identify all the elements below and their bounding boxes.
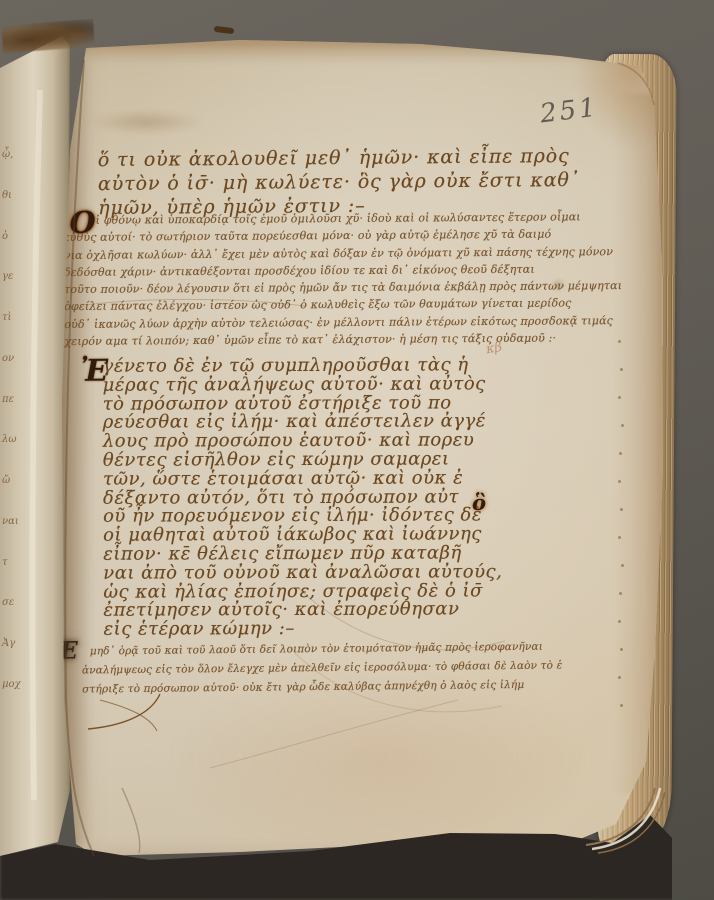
text-line: χειρόν αμα τί λοιπόν; καθ᾽ ὑμῶν εἶπε τὸ …: [64, 329, 622, 350]
pricking-hole: [619, 452, 622, 455]
pricking-hole: [620, 508, 623, 511]
text-fragment: ὁ: [2, 232, 22, 242]
stain: [90, 110, 202, 134]
text-fragment: τὶ: [2, 313, 22, 323]
text-line: εἰς ἑτέραν κώμην :–: [103, 619, 502, 639]
pricking-hole: [618, 340, 621, 343]
pricking-hole: [618, 676, 621, 679]
pricking-hole: [621, 564, 624, 567]
text-fragment: μοχ: [2, 680, 22, 690]
pricking-hole: [620, 704, 623, 707]
text-fragment: γε: [2, 272, 22, 282]
text-fragment: τ: [2, 558, 22, 568]
text-line: στήριξε τὸ πρόσωπον αὐτοῦ· οὐκ ἔτι γὰρ ὧ…: [82, 675, 563, 699]
commentary-block-2: Ἐ μηδ᾽ ὁρᾷ τοῦ καὶ τοῦ λαοῦ ὅτι δεῖ λοιπ…: [82, 637, 563, 699]
decorated-initial-epsilon: Ἐ: [80, 354, 108, 389]
red-chapter-numeral: κβ: [485, 341, 503, 357]
commentary-block-1: Ο ἱ φθόνῳ καὶ ὑποκαρδίᾳ τοῖς ἐμοῦ ὁμιλοῦ…: [64, 208, 623, 350]
text-fragment: Ἀγ: [2, 639, 22, 649]
decorated-initial-omicron: Ο: [69, 206, 95, 241]
facing-page-text-fragments: ᾧ, θι ὁ γε τὶ ον πε λω ὤ ναι τ σε Ἀγ μοχ: [2, 150, 22, 690]
text-line: αὐτὸν ὁ ἰσ̄· μὴ κωλύετε· ὃς γὰρ οὐκ ἔστι…: [98, 168, 580, 196]
text-fragment: πε: [2, 395, 22, 405]
pricking-hole: [618, 480, 621, 483]
pricking-hole: [620, 368, 623, 371]
pricking-hole: [619, 592, 622, 595]
manuscript-page: 251 ὅ τι οὐκ ἀκολουθεῖ μεθ᾽ ἡμῶν· καὶ εἶ…: [56, 34, 668, 866]
text-fragment: ον: [2, 354, 22, 364]
pricking-hole: [618, 620, 621, 623]
pricking-hole: [618, 536, 621, 539]
text-fragment: λω: [2, 435, 22, 445]
text-fragment: ναι: [2, 517, 22, 527]
text-fragment: σε: [2, 598, 22, 608]
text-fragment: ὤ: [2, 476, 22, 486]
ink-ring-mark: ὃ: [472, 492, 486, 513]
facing-page-gutter: ᾧ, θι ὁ γε τὶ ον πε λω ὤ ναι τ σε Ἀγ μοχ: [0, 30, 70, 870]
gospel-lemma-block-2: Ἐ γένετο δὲ ἐν τῷ συμπληροῦσθαι τὰς ἡ μέ…: [103, 356, 503, 639]
pricking-hole: [618, 396, 621, 399]
text-fragment: ᾧ,: [2, 150, 22, 160]
pricking-hole: [621, 424, 624, 427]
pricking-hole: [620, 648, 623, 651]
folio-number: 251: [539, 95, 600, 128]
manuscript-photo: ᾧ, θι ὁ γε τὶ ον πε λω ὤ ναι τ σε Ἀγ μοχ…: [0, 0, 714, 900]
text-fragment: θι: [2, 191, 22, 201]
